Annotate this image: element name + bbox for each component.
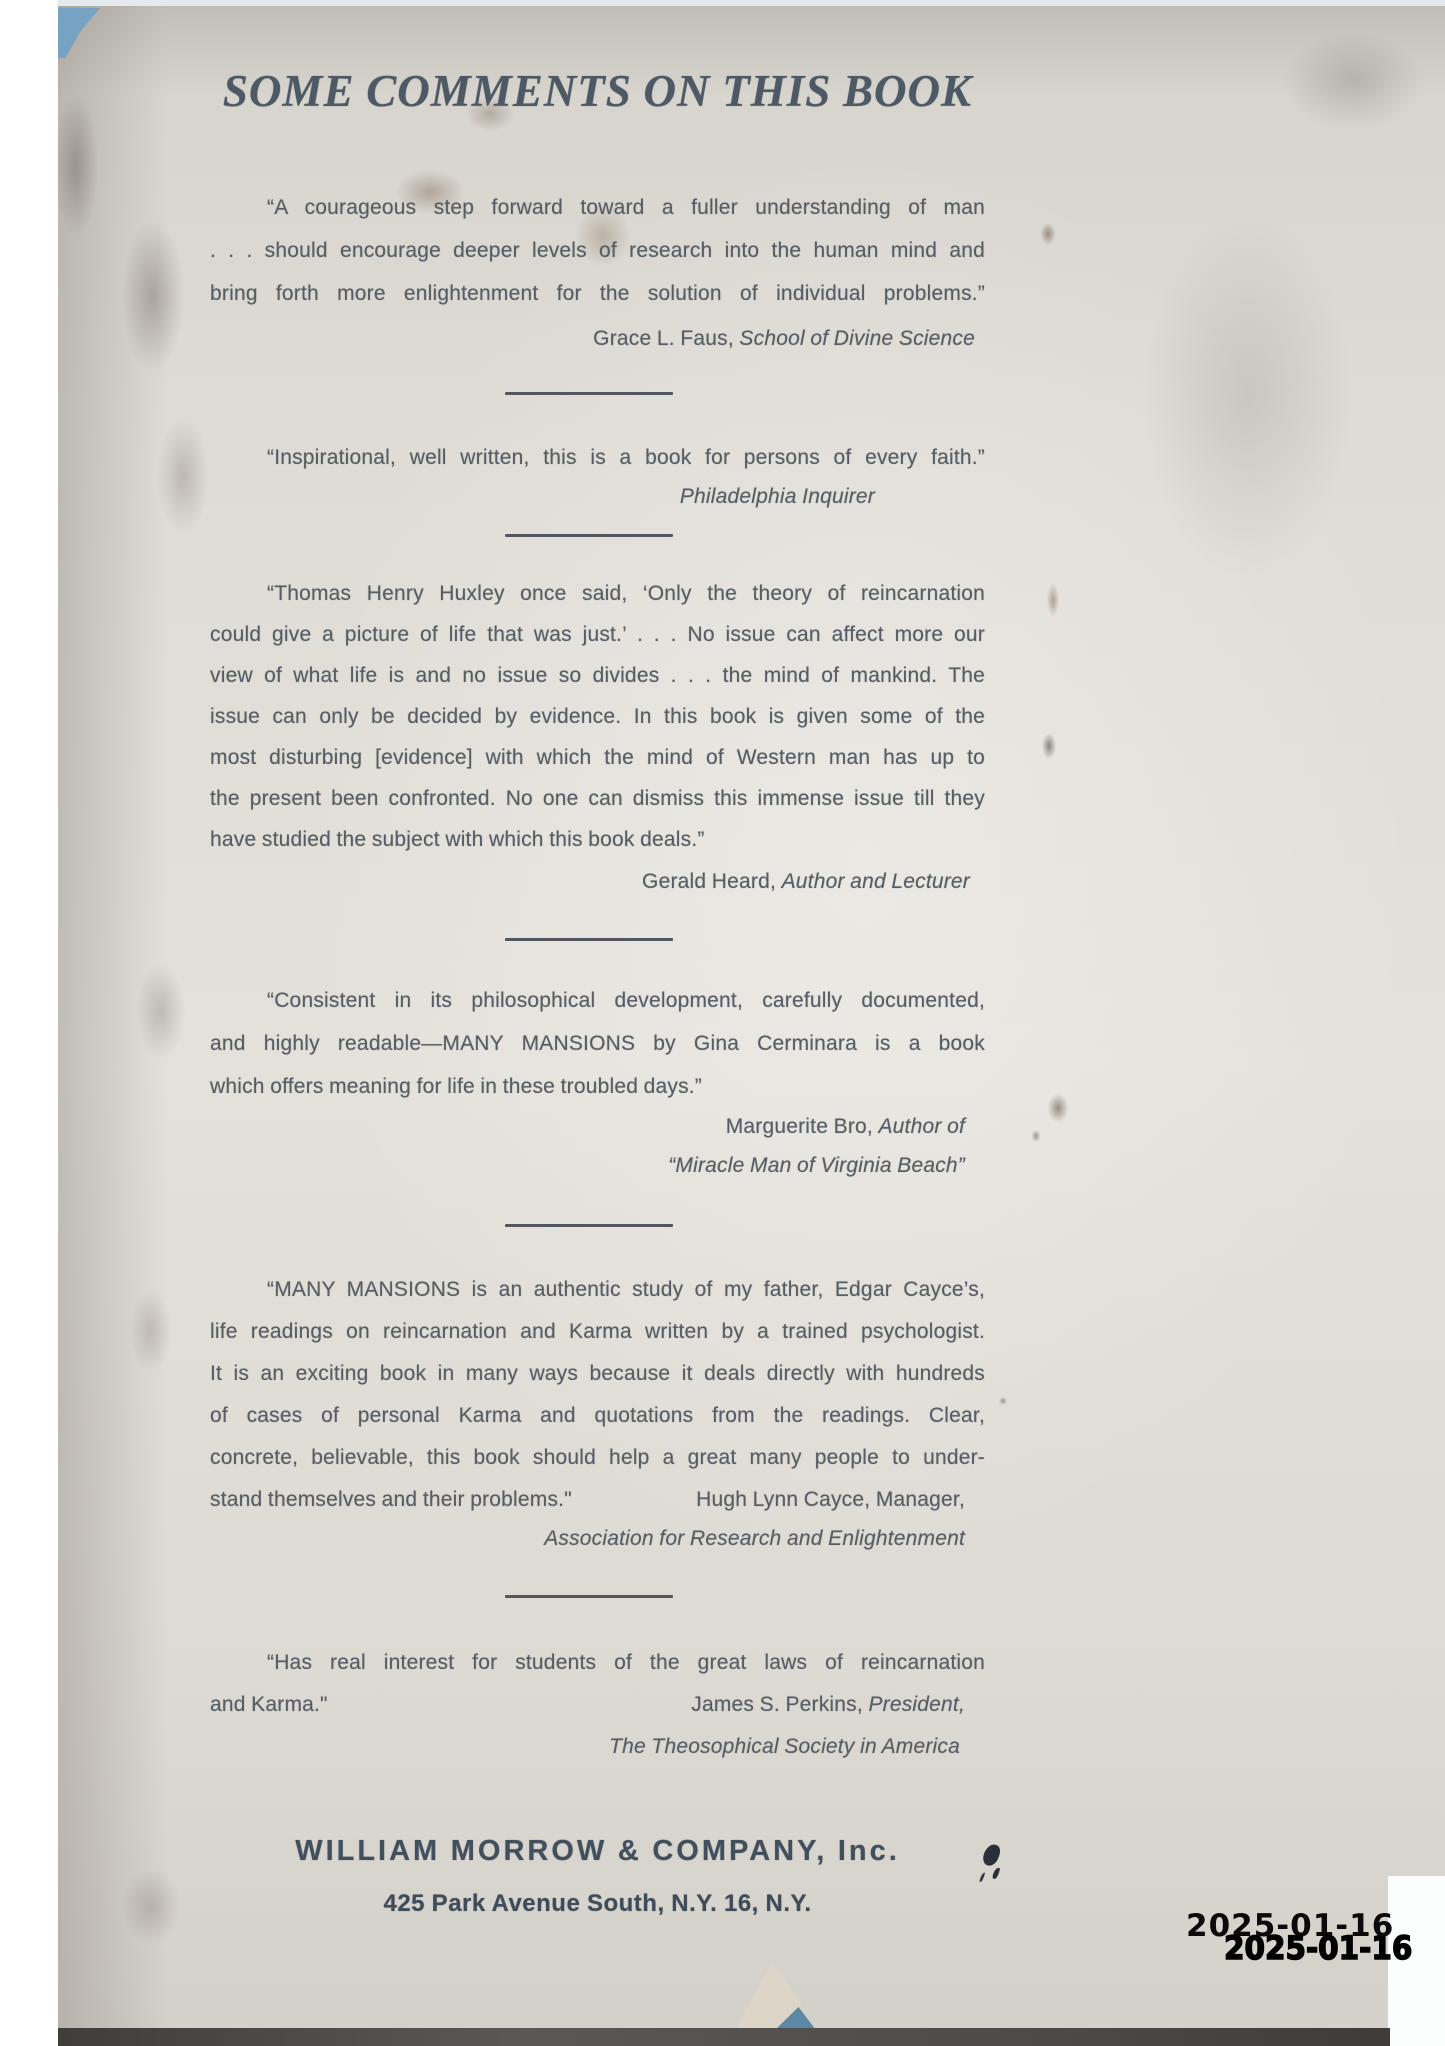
photo-bottom-band (58, 2028, 1390, 2046)
attribution-name: James S. Perkins, (691, 1693, 868, 1716)
attribution-name: Marguerite Bro, (726, 1115, 879, 1138)
date-stamp-2: 2025-01-16 (1224, 1929, 1412, 1967)
attribution-heard: Gerald Heard, Author and Lecturer (210, 861, 985, 903)
attribution-role: Philadelphia Inquirer (680, 485, 875, 508)
attribution-bro-work: “Miracle Man of Virginia Beach” (210, 1145, 985, 1187)
page-title: SOME COMMENTS ON THIS BOOK (210, 56, 985, 126)
quote-block-inquirer: “Inspirational, well written, this is a … (210, 436, 985, 479)
attribution-name: Grace L. Faus, (593, 327, 739, 350)
section-divider (505, 534, 673, 537)
quote-line-with-attribution: stand themselves and their problems."Hug… (210, 1479, 985, 1521)
quote-line: . . . should encourage deeper levels of … (210, 229, 985, 272)
quote-block-perkins: “Has real interest for students of the g… (210, 1642, 985, 1726)
quote-line: of cases of personal Karma and quotation… (210, 1395, 985, 1437)
quote-line: have studied the subject with which this… (210, 819, 985, 860)
attribution-org: Association for Research and Enlightenme… (544, 1527, 965, 1550)
quote-line: the present been confronted. No one can … (210, 778, 985, 819)
attribution-bro: Marguerite Bro, Author of (210, 1106, 985, 1148)
attribution: James S. Perkins, President, (691, 1684, 965, 1726)
quote-block-cayce: “MANY MANSIONS is an authentic study of … (210, 1269, 985, 1521)
publisher-address: 425 Park Avenue South, N.Y. 16, N.Y. (210, 1882, 985, 1926)
quote-line: could give a picture of life that was ju… (210, 614, 985, 655)
quote-line-end: and Karma." (210, 1684, 328, 1726)
attribution-name: Gerald Heard, (642, 870, 782, 893)
attribution-name: Hugh Lynn Cayce, Manager, (696, 1479, 965, 1521)
attribution-faus: Grace L. Faus, School of Divine Science (210, 318, 985, 360)
attribution-work-title: “Miracle Man of Virginia Beach” (668, 1154, 965, 1177)
quote-line: which offers meaning for life in these t… (210, 1065, 985, 1108)
section-divider (505, 938, 673, 941)
attribution-role: Author and Lecturer (782, 870, 970, 893)
quote-line: and highly readable—MANY MANSIONS by Gin… (210, 1022, 985, 1065)
quote-line-with-attribution: and Karma."James S. Perkins, President, (210, 1684, 985, 1726)
quote-line: life readings on reincarnation and Karma… (210, 1311, 985, 1353)
attribution-inquirer: Philadelphia Inquirer (210, 476, 985, 518)
section-divider (505, 392, 673, 395)
publisher-name: WILLIAM MORROW & COMPANY, Inc. (210, 1826, 985, 1876)
quote-line: “Inspirational, well written, this is a … (210, 436, 985, 479)
quote-line: “MANY MANSIONS is an authentic study of … (210, 1269, 985, 1311)
quote-line: It is an exciting book in many ways beca… (210, 1353, 985, 1395)
quote-block-bro: “Consistent in its philosophical develop… (210, 979, 985, 1108)
quote-line: bring forth more enlightenment for the s… (210, 272, 985, 315)
attribution-perkins-org: The Theosophical Society in America (210, 1726, 985, 1768)
quote-line: view of what life is and no issue so div… (210, 655, 985, 696)
photo-backdrop: SOME COMMENTS ON THIS BOOK “A courageous… (0, 0, 1445, 2046)
quote-block-faus: “A courageous step forward toward a full… (210, 186, 985, 315)
attribution-cayce-org: Association for Research and Enlightenme… (210, 1518, 985, 1560)
attribution-role: President, (868, 1693, 965, 1716)
folded-corner (730, 1962, 822, 2038)
text-column: SOME COMMENTS ON THIS BOOK “A courageous… (210, 0, 985, 2046)
attribution-role: Author of (878, 1115, 965, 1138)
quote-line-end: stand themselves and their problems." (210, 1479, 572, 1521)
quote-line: most disturbing [evidence] with which th… (210, 737, 985, 778)
section-divider (505, 1224, 673, 1227)
quote-block-heard: “Thomas Henry Huxley once said, ‘Only th… (210, 573, 985, 860)
quote-line: “Has real interest for students of the g… (210, 1642, 985, 1684)
quote-line: concrete, believable, this book should h… (210, 1437, 985, 1479)
section-divider (505, 1595, 673, 1598)
attribution-role: School of Divine Science (739, 327, 975, 350)
quote-line: “A courageous step forward toward a full… (210, 186, 985, 229)
attribution-org: The Theosophical Society in America (609, 1735, 960, 1758)
quote-line: “Thomas Henry Huxley once said, ‘Only th… (210, 573, 985, 614)
quote-line: issue can only be decided by evidence. I… (210, 696, 985, 737)
quote-line: “Consistent in its philosophical develop… (210, 979, 985, 1022)
